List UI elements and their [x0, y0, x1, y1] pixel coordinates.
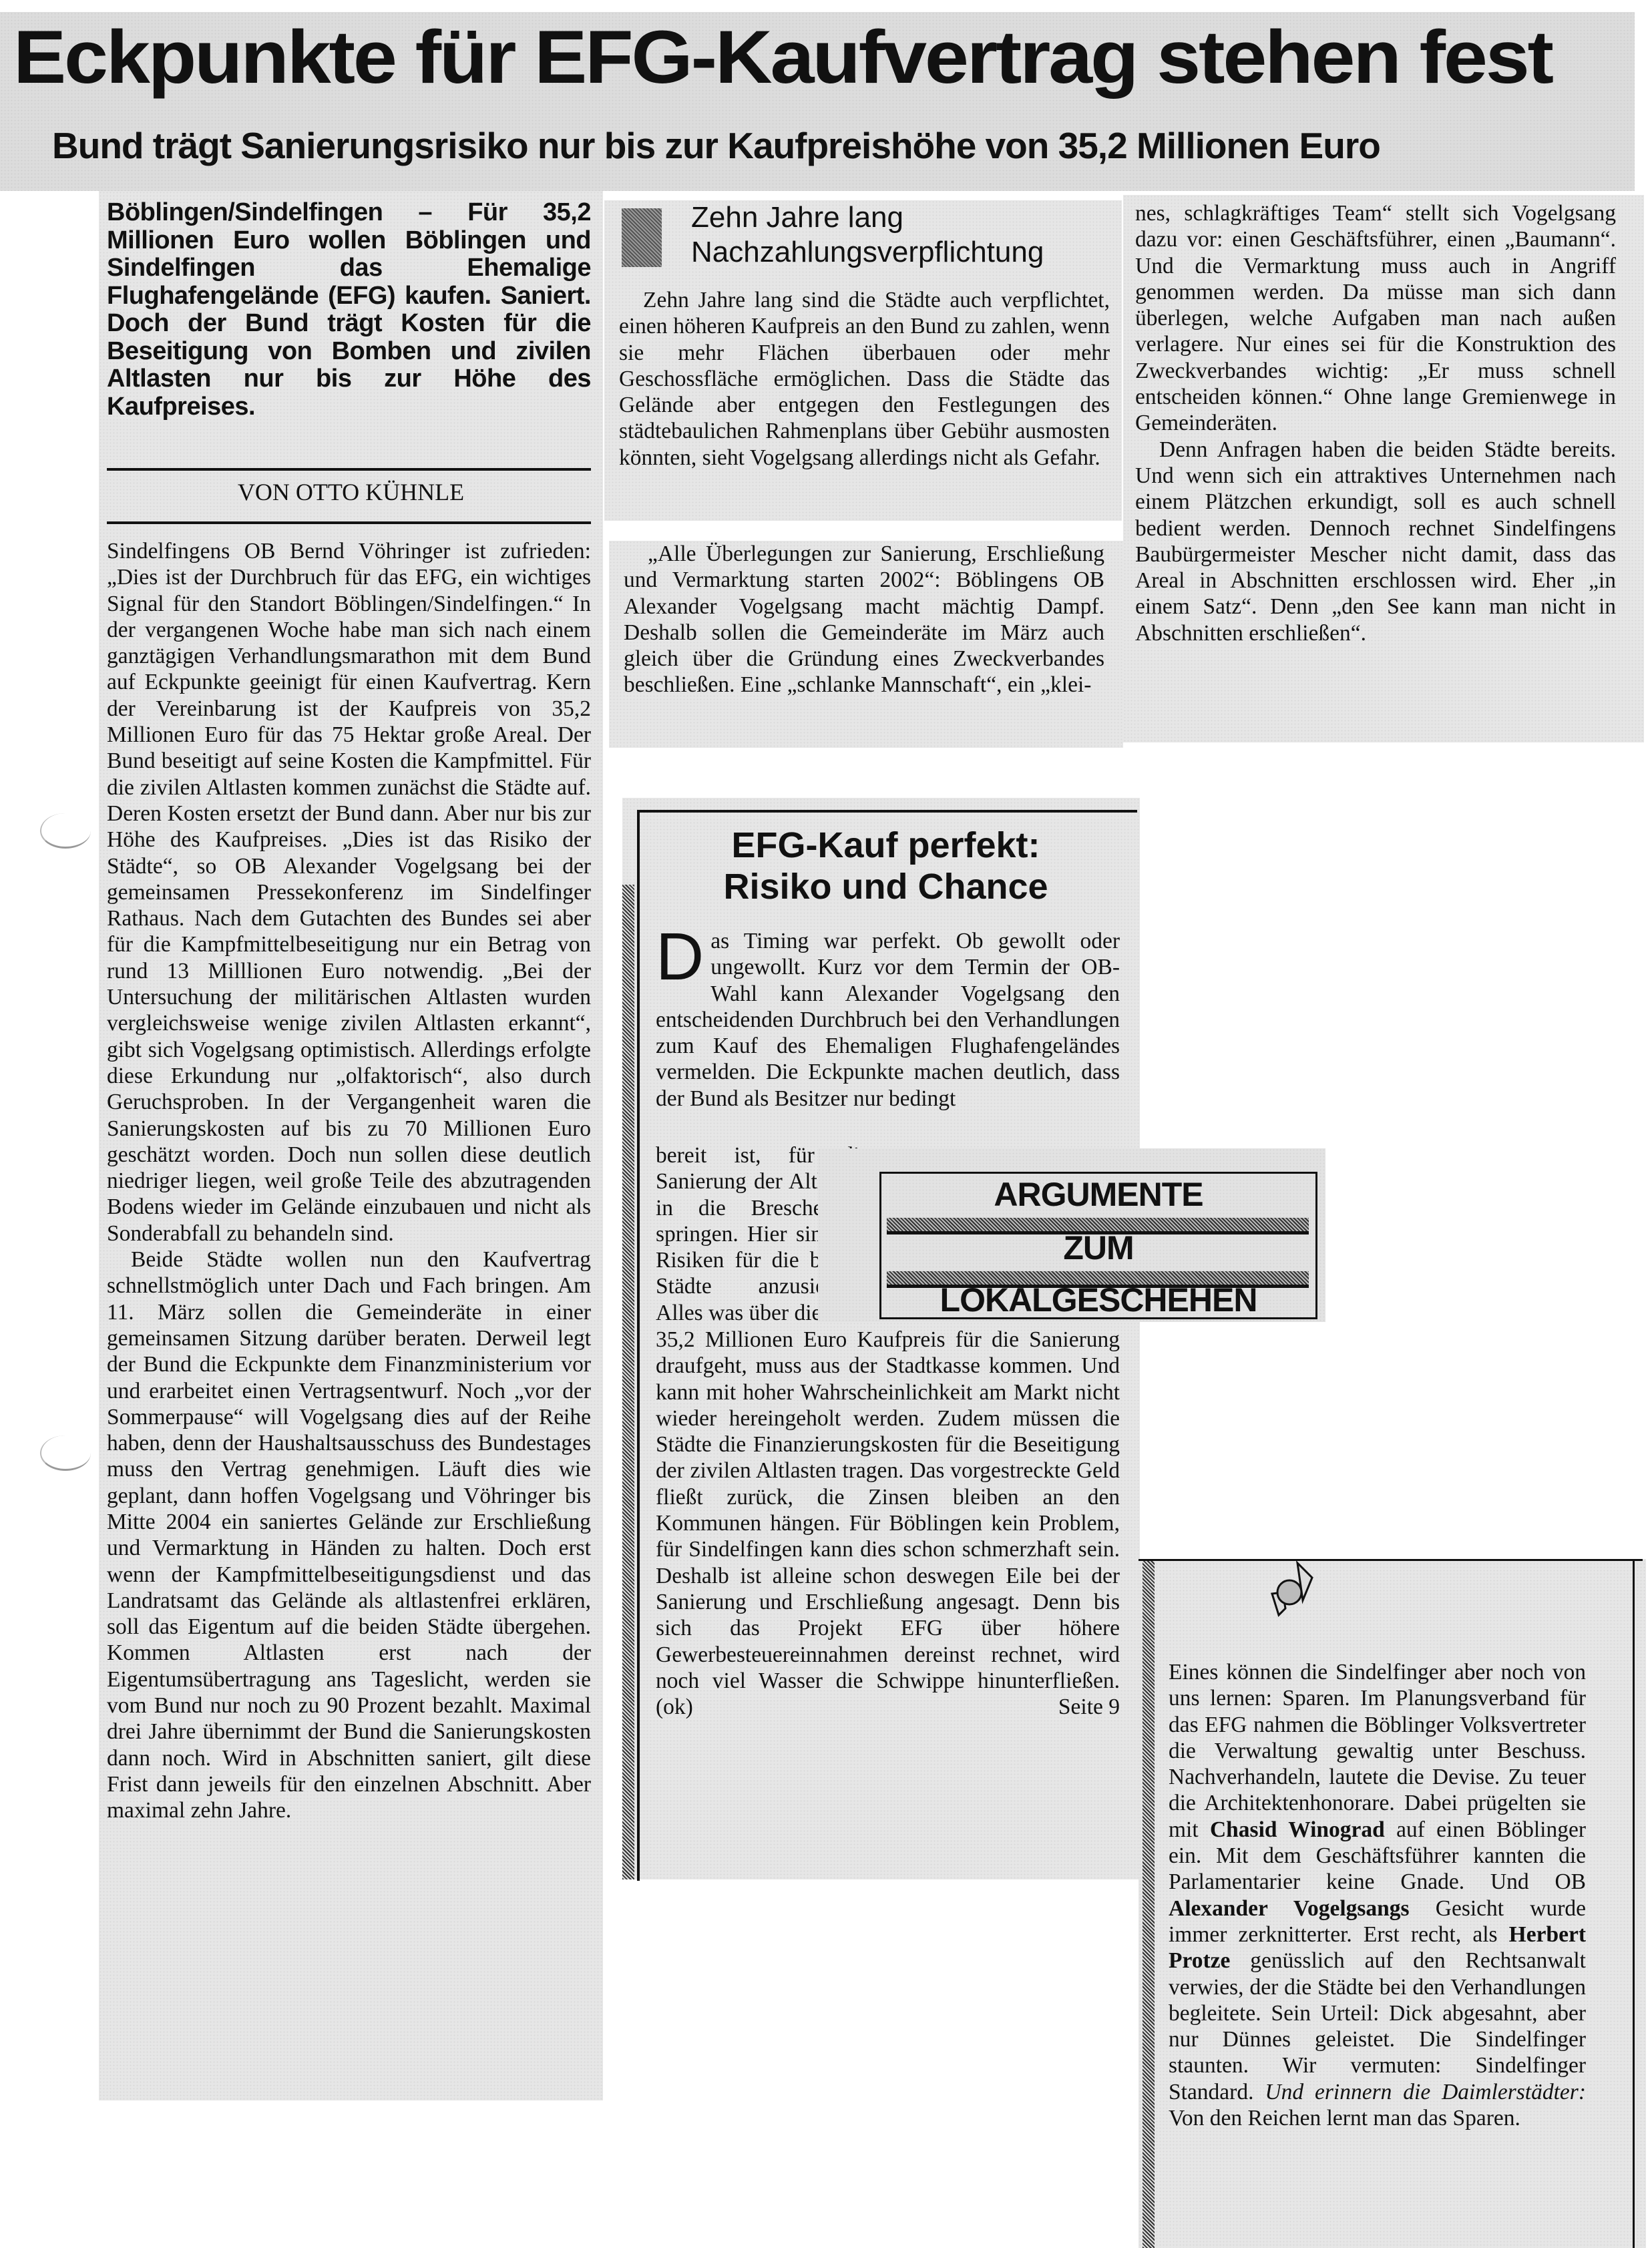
article-paragraph: Beide Städte wollen nun den Kaufvertrag …: [107, 1247, 591, 1824]
hole-punch-mark: [40, 813, 91, 849]
hole-punch-mark: [40, 1435, 91, 1471]
argumente-frame: ARGUMENTE ZUM LOKALGESCHEHEN: [879, 1172, 1317, 1319]
main-article-column: Böblingen/Sindelfingen – Für 35,2 Millio…: [99, 191, 603, 2100]
argumente-line: LOKALGESCHEHEN: [881, 1281, 1315, 1319]
sidebar-title-line: Zehn Jahre lang: [691, 200, 1044, 235]
sidebar-body: Zehn Jahre lang sind die Städte auch ver…: [619, 287, 1110, 471]
commentary-text: as Timing war perfekt. Ob gewollt oder u…: [656, 929, 1120, 1111]
continuation-body: nes, schlagkräftiges Team“ stellt sich V…: [1135, 200, 1616, 646]
divider: [107, 521, 591, 524]
continuation-column: „Alle Überlegungen zur Sanierung, Erschl…: [609, 541, 1123, 748]
article-lead: Böblingen/Sindelfingen – Für 35,2 Millio…: [107, 199, 591, 421]
divider: [107, 468, 591, 471]
argumente-line: ARGUMENTE: [881, 1175, 1315, 1214]
sidebar-title: Zehn Jahre lang Nachzahlungsverpflichtun…: [691, 200, 1044, 270]
continuation-paragraph: nes, schlagkräftiges Team“ stellt sich V…: [1135, 200, 1616, 437]
continuation-paragraph: „Alle Überlegungen zur Sanierung, Erschl…: [624, 541, 1104, 698]
argumente-box: ARGUMENTE ZUM LOKALGESCHEHEN: [818, 1148, 1325, 1322]
divider: [1633, 1559, 1635, 2248]
hatched-border: [622, 885, 634, 1879]
candy-icon: [1265, 1559, 1319, 1619]
argumente-line: ZUM: [881, 1228, 1315, 1267]
page-reference: Seite 9: [1058, 1694, 1120, 1720]
sidebar-box: Zehn Jahre lang Nachzahlungsverpflichtun…: [604, 200, 1122, 521]
subheadline: Bund trägt Sanierungsrisiko nur bis zur …: [52, 124, 1380, 167]
gloss-body: Eines können die Sindelfinger aber noch …: [1169, 1659, 1586, 2131]
gloss-text: Von den Reichen lernt man das Sparen.: [1169, 2106, 1520, 2130]
commentary-body: 35,2 Millionen Euro Kaufpreis für die Sa…: [656, 1327, 1120, 1720]
divider: [1139, 1559, 1643, 1561]
page-title: Eckpunkte für EFG-Kaufvertrag stehen fes…: [13, 16, 1552, 98]
gloss-name-bold: Chasid Winograd: [1210, 1817, 1385, 1842]
sidebar-marker-square: [622, 208, 662, 267]
byline: VON OTTO KÜHNLE: [99, 478, 603, 506]
drop-cap: D: [656, 931, 704, 983]
gloss-text: Eines können die Sindelfinger aber noch …: [1169, 1660, 1586, 1842]
article-paragraph: Sindelfingens OB Bernd Vöhringer ist zuf…: [107, 538, 591, 1247]
gloss-name-bold: Alexander Vogelgsangs: [1169, 1896, 1410, 1921]
commentary-box: EFG-Kauf perfekt: Risiko und Chance Das …: [622, 798, 1140, 1879]
headline-clipping: Eckpunkte für EFG-Kaufvertrag stehen fes…: [0, 12, 1635, 191]
continuation-body: „Alle Überlegungen zur Sanierung, Erschl…: [624, 541, 1104, 698]
gloss-text-italic: Und erinnern die Daimlerstädter:: [1265, 2080, 1586, 2104]
commentary-body: Das Timing war perfekt. Ob gewollt oder …: [656, 928, 1120, 1112]
hatched-border: [1143, 1559, 1155, 2248]
commentary-text: 35,2 Millionen Euro Kaufpreis für die Sa…: [656, 1327, 1120, 1719]
sidebar-paragraph: Zehn Jahre lang sind die Städte auch ver…: [619, 287, 1110, 471]
commentary-title: EFG-Kauf perfekt: Risiko und Chance: [637, 825, 1134, 907]
continuation-paragraph: Denn Anfragen haben die beiden Städte be…: [1135, 437, 1616, 646]
continuation-column-right: nes, schlagkräftiges Team“ stellt sich V…: [1123, 195, 1644, 742]
commentary-title-line: EFG-Kauf perfekt:: [637, 825, 1134, 866]
gloss-box: Eines können die Sindelfinger aber noch …: [1139, 1559, 1646, 2248]
commentary-title-line: Risiko und Chance: [637, 866, 1134, 907]
sidebar-title-line: Nachzahlungsverpflichtung: [691, 235, 1044, 270]
article-body: Sindelfingens OB Bernd Vöhringer ist zuf…: [107, 538, 591, 1824]
